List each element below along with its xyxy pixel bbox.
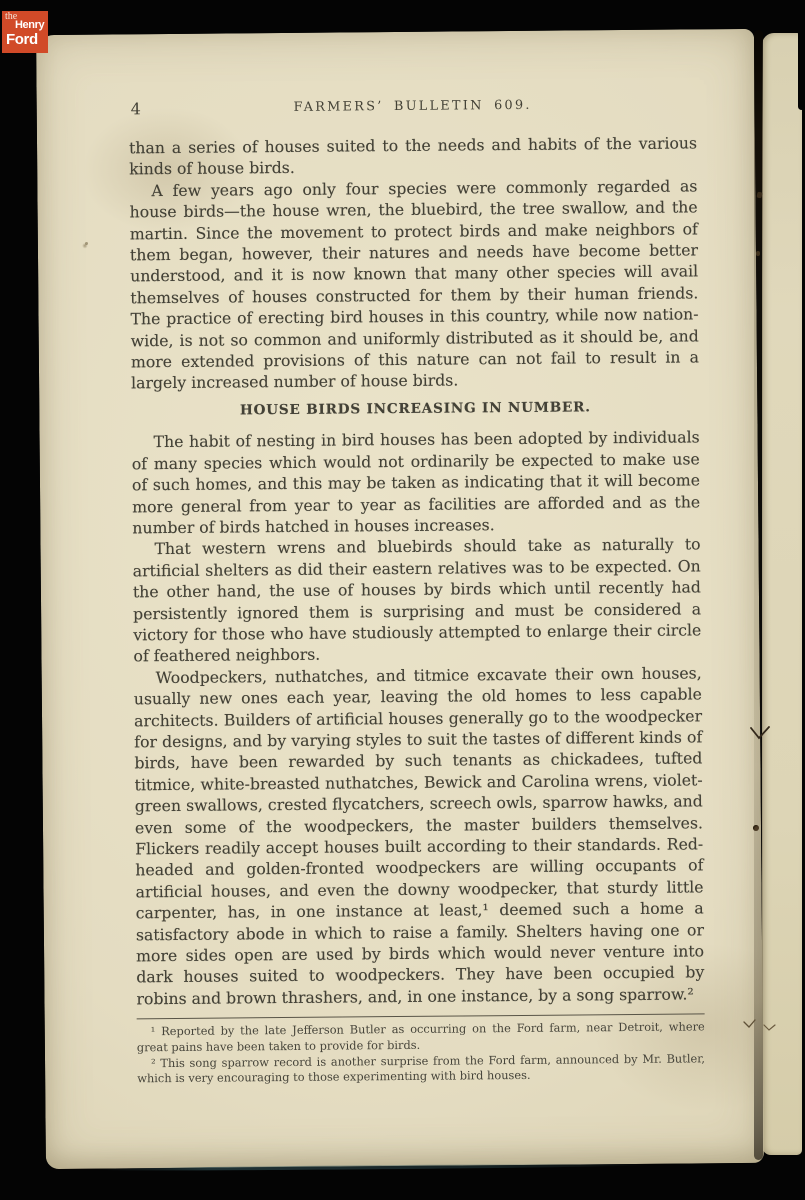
- body-paragraph: The habit of nesting in bird houses has …: [132, 427, 701, 539]
- body-text: than a series of houses suited to the ne…: [129, 132, 705, 1087]
- scanner-background: 4 FARMERS’ BULLETIN 609. than a series o…: [0, 0, 805, 1200]
- small-check-mark-icon: [763, 1023, 776, 1032]
- footnote: ² This song sparrow record is another su…: [137, 1051, 705, 1087]
- page-seam-shadow: [754, 30, 763, 1160]
- logo-text-ford: Ford: [6, 31, 38, 48]
- body-paragraph: That western wrens and bluebirds should …: [132, 534, 701, 667]
- check-mark-icon: [749, 725, 771, 741]
- scan-corner-shadow: [798, 0, 805, 110]
- ink-dot: [753, 825, 759, 831]
- running-title: FARMERS’ BULLETIN 609.: [129, 96, 697, 116]
- running-header: 4 FARMERS’ BULLETIN 609.: [129, 93, 697, 120]
- body-paragraph: A few years ago only four species were c…: [129, 175, 699, 394]
- adjacent-page-edge: [762, 33, 802, 1155]
- body-paragraph: than a series of houses suited to the ne…: [129, 132, 697, 180]
- body-paragraph: Woodpeckers, nuthatches, and titmice exc…: [134, 662, 705, 1009]
- paper-speck: [85, 242, 88, 245]
- section-heading: HOUSE BIRDS INCREASING IN NUMBER.: [131, 396, 699, 422]
- logo-text-henry: Henry: [15, 19, 44, 31]
- document-page: 4 FARMERS’ BULLETIN 609. than a series o…: [36, 29, 764, 1169]
- footnote-section: ¹ Reported by the late Jefferson Butler …: [137, 1014, 706, 1088]
- ink-speck: [756, 251, 760, 256]
- footnote: ¹ Reported by the late Jefferson Butler …: [137, 1020, 705, 1056]
- henry-ford-logo: the Henry Ford: [2, 11, 48, 53]
- printed-content: 4 FARMERS’ BULLETIN 609. than a series o…: [129, 93, 706, 1087]
- small-check-mark-icon: [743, 1019, 756, 1028]
